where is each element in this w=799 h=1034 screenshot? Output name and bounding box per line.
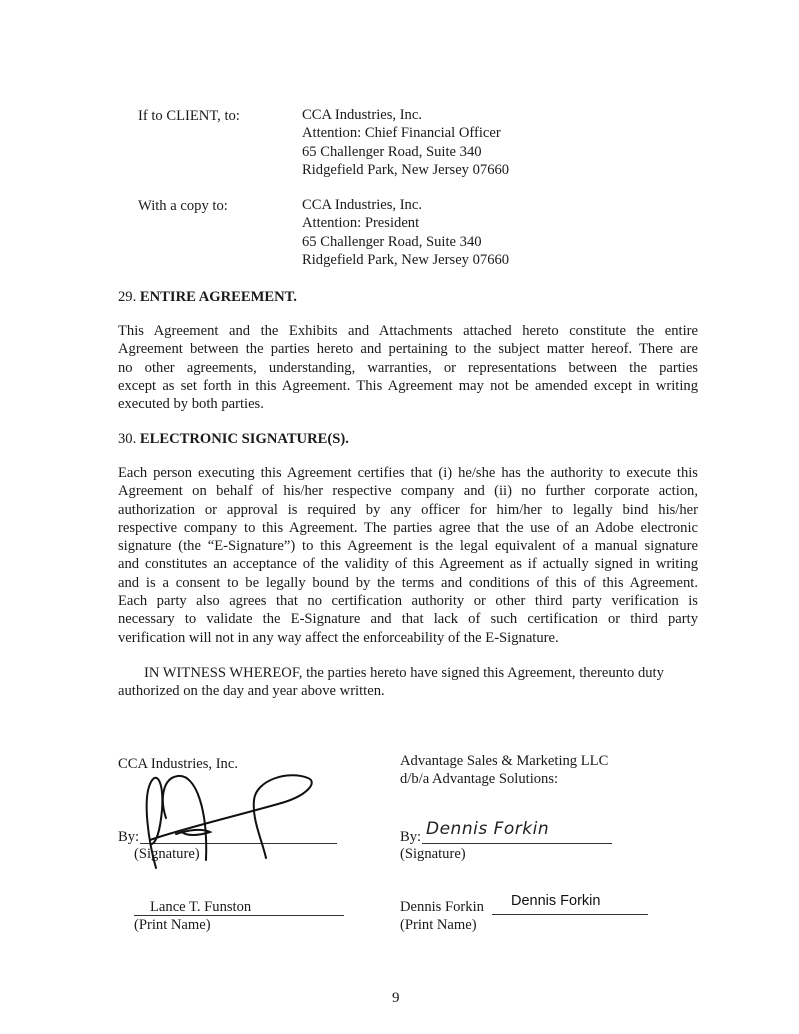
text-line: Agreement on behalf of his/her respectiv… [118, 482, 698, 500]
text-line: This Agreement and the Exhibits and Atta… [118, 322, 698, 340]
left-by-label: By: [118, 829, 139, 846]
text-line: necessary to validate the E-Signature an… [118, 610, 698, 628]
right-print-name-line[interactable] [492, 914, 648, 915]
text-line: authorized on the day and year above wri… [118, 682, 700, 700]
section-number: 29. [118, 289, 136, 305]
right-print-label: Dennis Forkin [400, 899, 484, 916]
text-line: and constitutes an acceptance of the val… [118, 555, 698, 573]
section-30-heading: 30. ELECTRONIC SIGNATURE(S). [118, 431, 349, 448]
text-line: IN WITNESS WHEREOF, the parties hereto h… [118, 664, 700, 682]
right-print-caption: (Print Name) [400, 917, 477, 934]
right-print-name-field[interactable]: Dennis Forkin [511, 893, 600, 909]
text-line: no other agreements, understanding, warr… [118, 359, 698, 377]
notice-copy-label: With a copy to: [138, 198, 228, 215]
right-signature-caption: (Signature) [400, 846, 466, 863]
text-line: executed by both parties. [118, 395, 698, 413]
page-number: 9 [392, 990, 400, 1007]
right-company-dba: d/b/a Advantage Solutions: [400, 771, 558, 788]
address-line: Ridgefield Park, New Jersey 07660 [302, 161, 509, 179]
notice-client-address: CCA Industries, Inc. Attention: Chief Fi… [302, 106, 509, 180]
right-company-name: Advantage Sales & Marketing LLC [400, 753, 608, 770]
handwritten-signature-icon [138, 770, 328, 870]
address-line: 65 Challenger Road, Suite 340 [302, 233, 509, 251]
address-line: Attention: Chief Financial Officer [302, 124, 509, 142]
text-line: Each person executing this Agreement cer… [118, 464, 698, 482]
text-line: authorization or approval is required by… [118, 501, 698, 519]
address-line: Ridgefield Park, New Jersey 07660 [302, 251, 509, 269]
text-line: verification will not in any way affect … [118, 629, 698, 647]
left-print-name: Lance T. Funston [150, 899, 251, 916]
text-line: and is a consent to be legally bound by … [118, 574, 698, 592]
section-title: ENTIRE AGREEMENT. [140, 289, 297, 305]
witness-clause: IN WITNESS WHEREOF, the parties hereto h… [118, 664, 700, 701]
right-by-label: By: [400, 829, 421, 846]
text-line: respective company to this Agreement. Th… [118, 519, 698, 537]
section-30-body: Each person executing this Agreement cer… [118, 464, 698, 647]
notice-client-label: If to CLIENT, to: [138, 108, 240, 125]
section-29-body: This Agreement and the Exhibits and Atta… [118, 322, 698, 413]
section-number: 30. [118, 431, 136, 447]
address-line: Attention: President [302, 214, 509, 232]
text-line: signature (the “E-Signature”) to this Ag… [118, 537, 698, 555]
text-line: Agreement between the parties hereto and… [118, 340, 698, 358]
section-29-heading: 29. ENTIRE AGREEMENT. [118, 289, 297, 306]
section-title: ELECTRONIC SIGNATURE(S). [140, 431, 349, 447]
text-line: Each party also agrees that no certifica… [118, 592, 698, 610]
address-line: 65 Challenger Road, Suite 340 [302, 143, 509, 161]
address-line: CCA Industries, Inc. [302, 196, 509, 214]
notice-copy-address: CCA Industries, Inc. Attention: Presiden… [302, 196, 509, 270]
address-line: CCA Industries, Inc. [302, 106, 509, 124]
left-print-caption: (Print Name) [134, 917, 211, 934]
text-line: except as set forth in this Agreement. T… [118, 377, 698, 395]
right-electronic-signature: Dennis Forkin [426, 819, 549, 839]
right-signature-line[interactable] [422, 843, 612, 844]
